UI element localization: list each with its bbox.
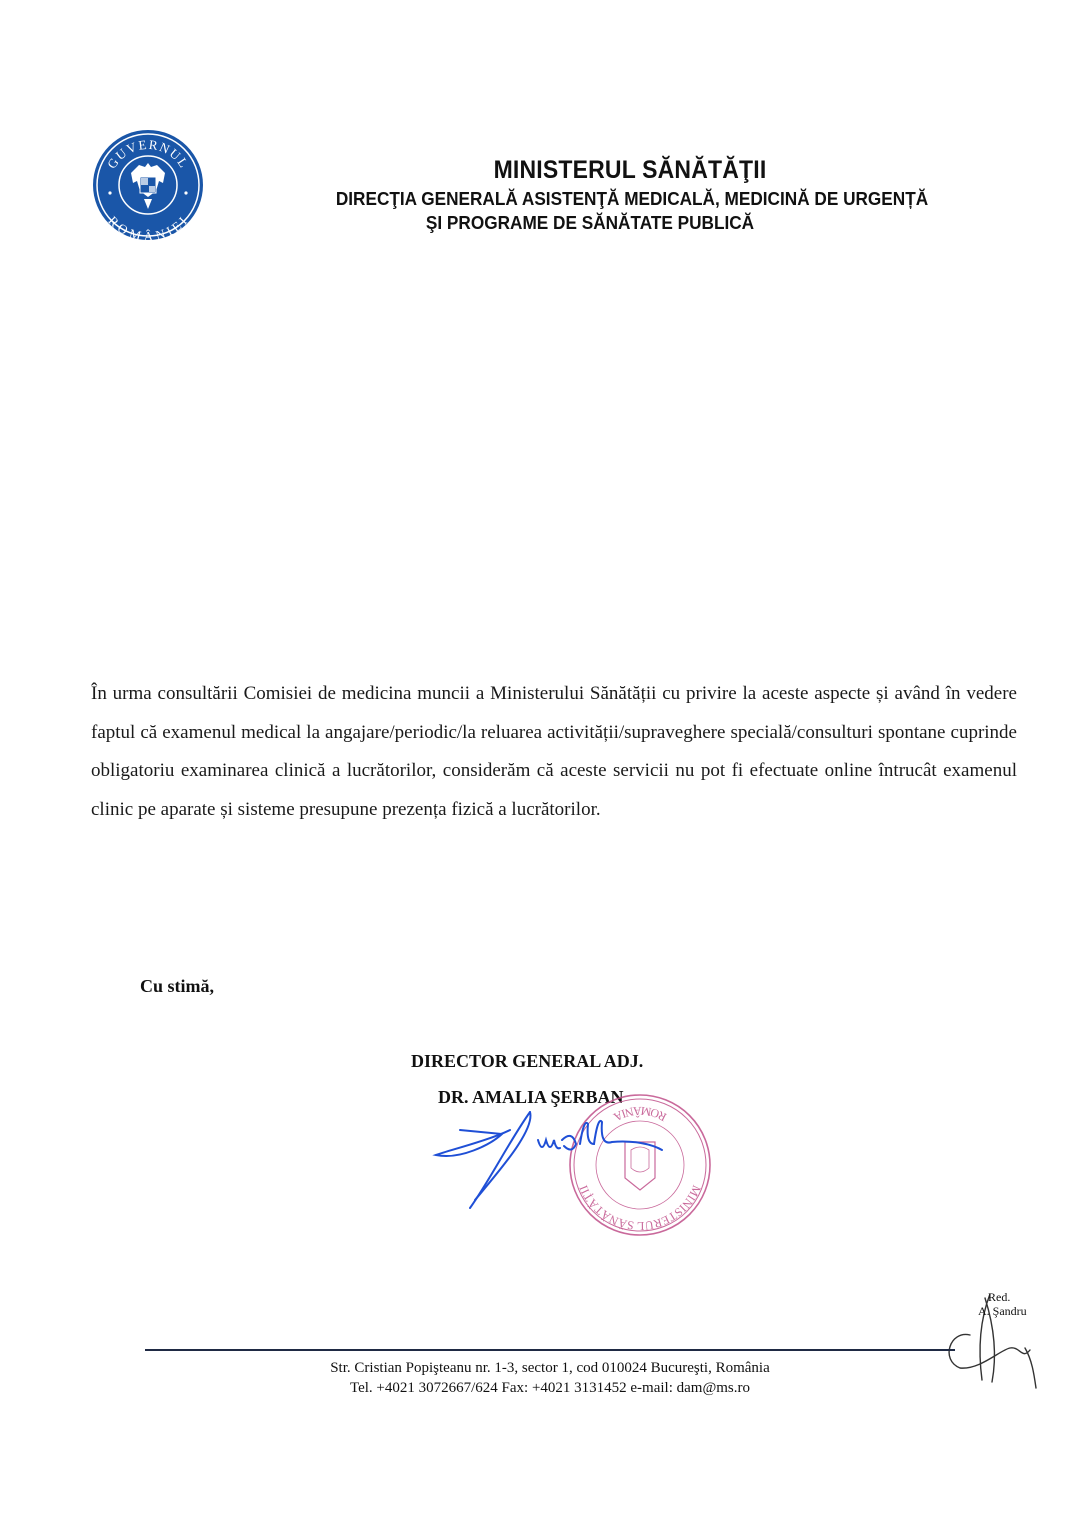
directorate-name-line2: ŞI PROGRAME DE SĂNĂTATE PUBLICĂ <box>311 212 869 234</box>
signatory-title: DIRECTOR GENERAL ADJ. <box>411 1051 643 1072</box>
handwritten-signature <box>430 1100 670 1210</box>
closing-salutation: Cu stimă, <box>140 976 214 997</box>
government-seal-logo: GUVERNUL ROMÂNIEI <box>92 129 204 241</box>
letter-body-paragraph: În urma consultării Comisiei de medicina… <box>91 675 1017 829</box>
editor-note: Red. A. Şandru <box>988 1290 1027 1318</box>
editor-note-label: Red. <box>988 1290 1027 1304</box>
ministry-name: MINISTERUL SĂNĂTĂŢII <box>290 156 971 185</box>
editor-note-name: A. Şandru <box>978 1304 1027 1318</box>
footer-contact-block: Str. Cristian Popişteanu nr. 1-3, sector… <box>180 1358 920 1398</box>
directorate-name-line1: DIRECŢIA GENERALĂ ASISTENŢĂ MEDICALĂ, ME… <box>279 188 986 210</box>
footer-address: Str. Cristian Popişteanu nr. 1-3, sector… <box>180 1358 920 1378</box>
handwritten-signature-icon <box>430 1100 670 1210</box>
footer-divider <box>145 1349 955 1351</box>
footer-contact: Tel. +4021 3072667/624 Fax: +4021 313145… <box>180 1378 920 1398</box>
government-of-romania-seal-icon: GUVERNUL ROMÂNIEI <box>92 129 204 241</box>
